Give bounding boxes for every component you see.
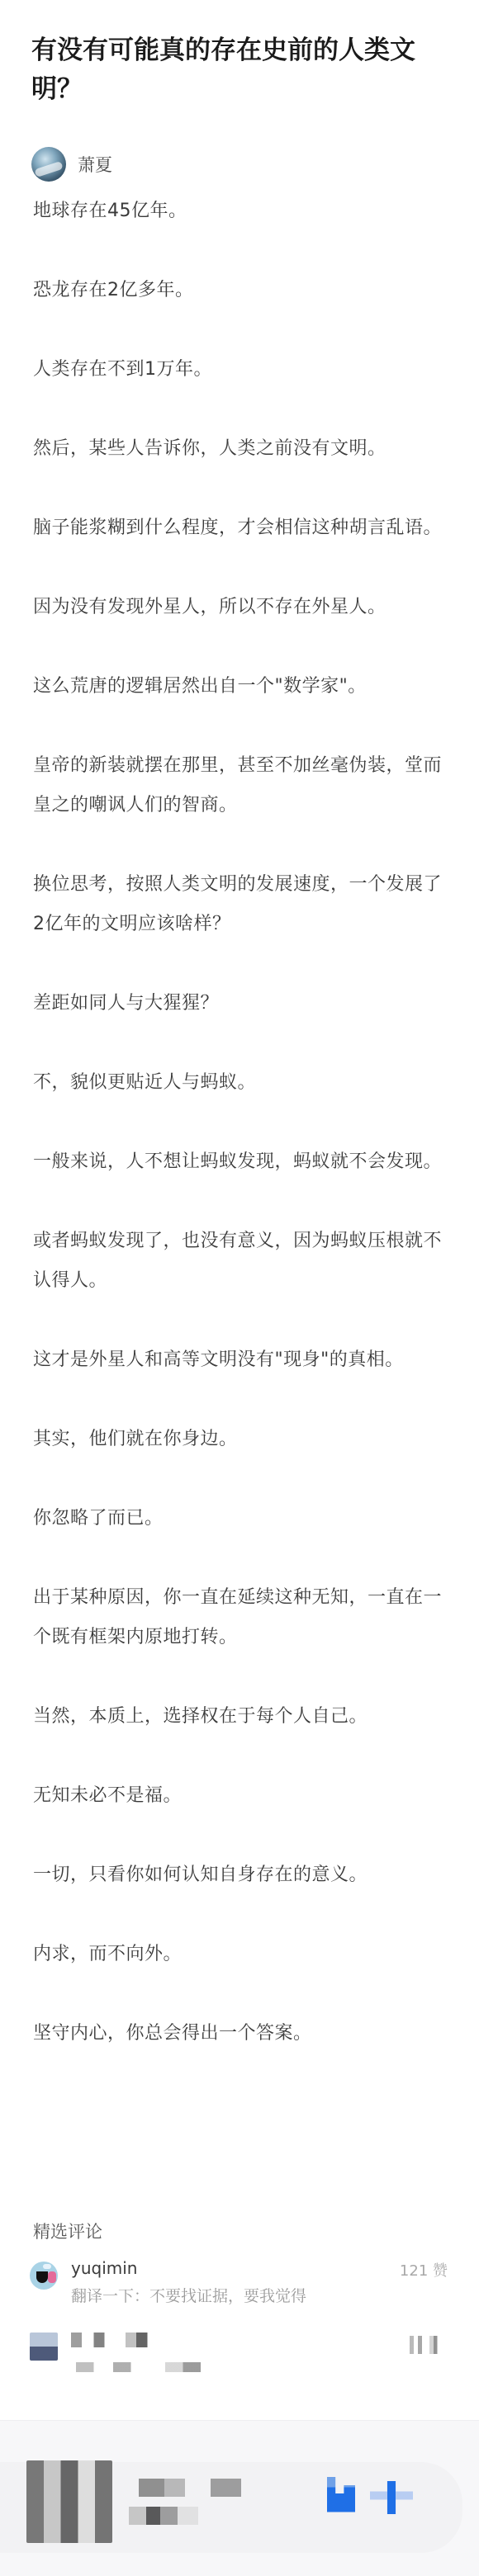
author-avatar[interactable] — [31, 147, 66, 182]
article-paragraph: 你忽略了而已。 — [33, 1499, 446, 1539]
article-paragraph: 恐龙存在2亿多年。 — [33, 271, 446, 310]
avatar-mouth — [36, 2271, 48, 2283]
article-paragraph: 脑子能浆糊到什么程度，才会相信这种胡言乱语。 — [33, 508, 446, 548]
question-title[interactable]: 有没有可能真的存在史前的人类文明？ — [31, 31, 436, 109]
obscured-banner-title — [139, 2479, 241, 2497]
article-paragraph: 其实，他们就在你身边。 — [33, 1420, 446, 1459]
comment-text: 翻译一下：不要找证据，要我觉得 — [71, 2285, 306, 2308]
author-row[interactable]: 萧夏 — [31, 145, 112, 183]
cartoon-avatar-icon[interactable] — [30, 2262, 58, 2290]
comment-like-count[interactable]: 121 赞 — [400, 2260, 448, 2283]
article-paragraph: 无知未必不是福。 — [33, 1776, 446, 1816]
article-paragraph: 这才是外星人和高等文明没有"现身"的真相。 — [33, 1340, 446, 1380]
avatar-eyes — [43, 2264, 51, 2269]
article-paragraph: 皇帝的新装就摆在那里，甚至不加丝毫伪装，堂而皇之的嘲讽人们的智商。 — [33, 746, 446, 825]
article-body: 地球存在45亿年。 恐龙存在2亿多年。 人类存在不到1万年。 然后，某些人告诉你… — [33, 191, 446, 2093]
article-page: 有没有可能真的存在史前的人类文明？ 萧夏 地球存在45亿年。 恐龙存在2亿多年。… — [0, 0, 479, 2576]
article-paragraph: 差距如同人与大猩猩？ — [33, 984, 446, 1023]
article-paragraph: 当然，本质上，选择权在于每个人自己。 — [33, 1697, 446, 1737]
article-paragraph: 内求，而不向外。 — [33, 1935, 446, 1974]
article-paragraph: 人类存在不到1万年。 — [33, 350, 446, 390]
avatar-cheek — [48, 2271, 56, 2283]
comment-username[interactable]: yuqimin — [71, 2257, 137, 2280]
article-paragraph: 或者蚂蚁发现了，也没有意义，因为蚂蚁压根就不认得人。 — [33, 1222, 446, 1301]
article-paragraph: 因为没有发现外星人，所以不存在外星人。 — [33, 588, 446, 627]
pixelated-avatar-icon — [30, 2333, 58, 2361]
article-paragraph: 不，貌似更贴近人与蚂蚁。 — [33, 1063, 446, 1103]
obscured-username — [71, 2333, 162, 2347]
article-paragraph: 一切，只看你如何认知自身存在的意义。 — [33, 1855, 446, 1895]
article-paragraph: 出于某种原因，你一直在延续这种无知，一直在一个既有框架内原地打转。 — [33, 1578, 446, 1657]
obscured-comment-text — [76, 2362, 225, 2372]
obscured-like-count — [410, 2336, 443, 2354]
qr-code-icon — [26, 2460, 112, 2543]
article-paragraph: 换位思考，按照人类文明的发展速度，一个发展了2亿年的文明应该啥样？ — [33, 865, 446, 944]
bottom-app-banner — [0, 2420, 479, 2576]
article-paragraph: 这么荒唐的逻辑居然出自一个"数学家"。 — [33, 667, 446, 707]
article-paragraph: 然后，某些人告诉你，人类之前没有文明。 — [33, 429, 446, 469]
article-paragraph: 地球存在45亿年。 — [33, 191, 446, 231]
featured-comments-header: 精选评论 — [33, 2217, 102, 2247]
article-paragraph: 一般来说，人不想让蚂蚁发现，蚂蚁就不会发现。 — [33, 1142, 446, 1182]
obscured-banner-subtitle — [129, 2507, 198, 2525]
author-name[interactable]: 萧夏 — [78, 152, 112, 177]
article-paragraph: 坚守内心，你总会得出一个答案。 — [33, 2014, 446, 2054]
